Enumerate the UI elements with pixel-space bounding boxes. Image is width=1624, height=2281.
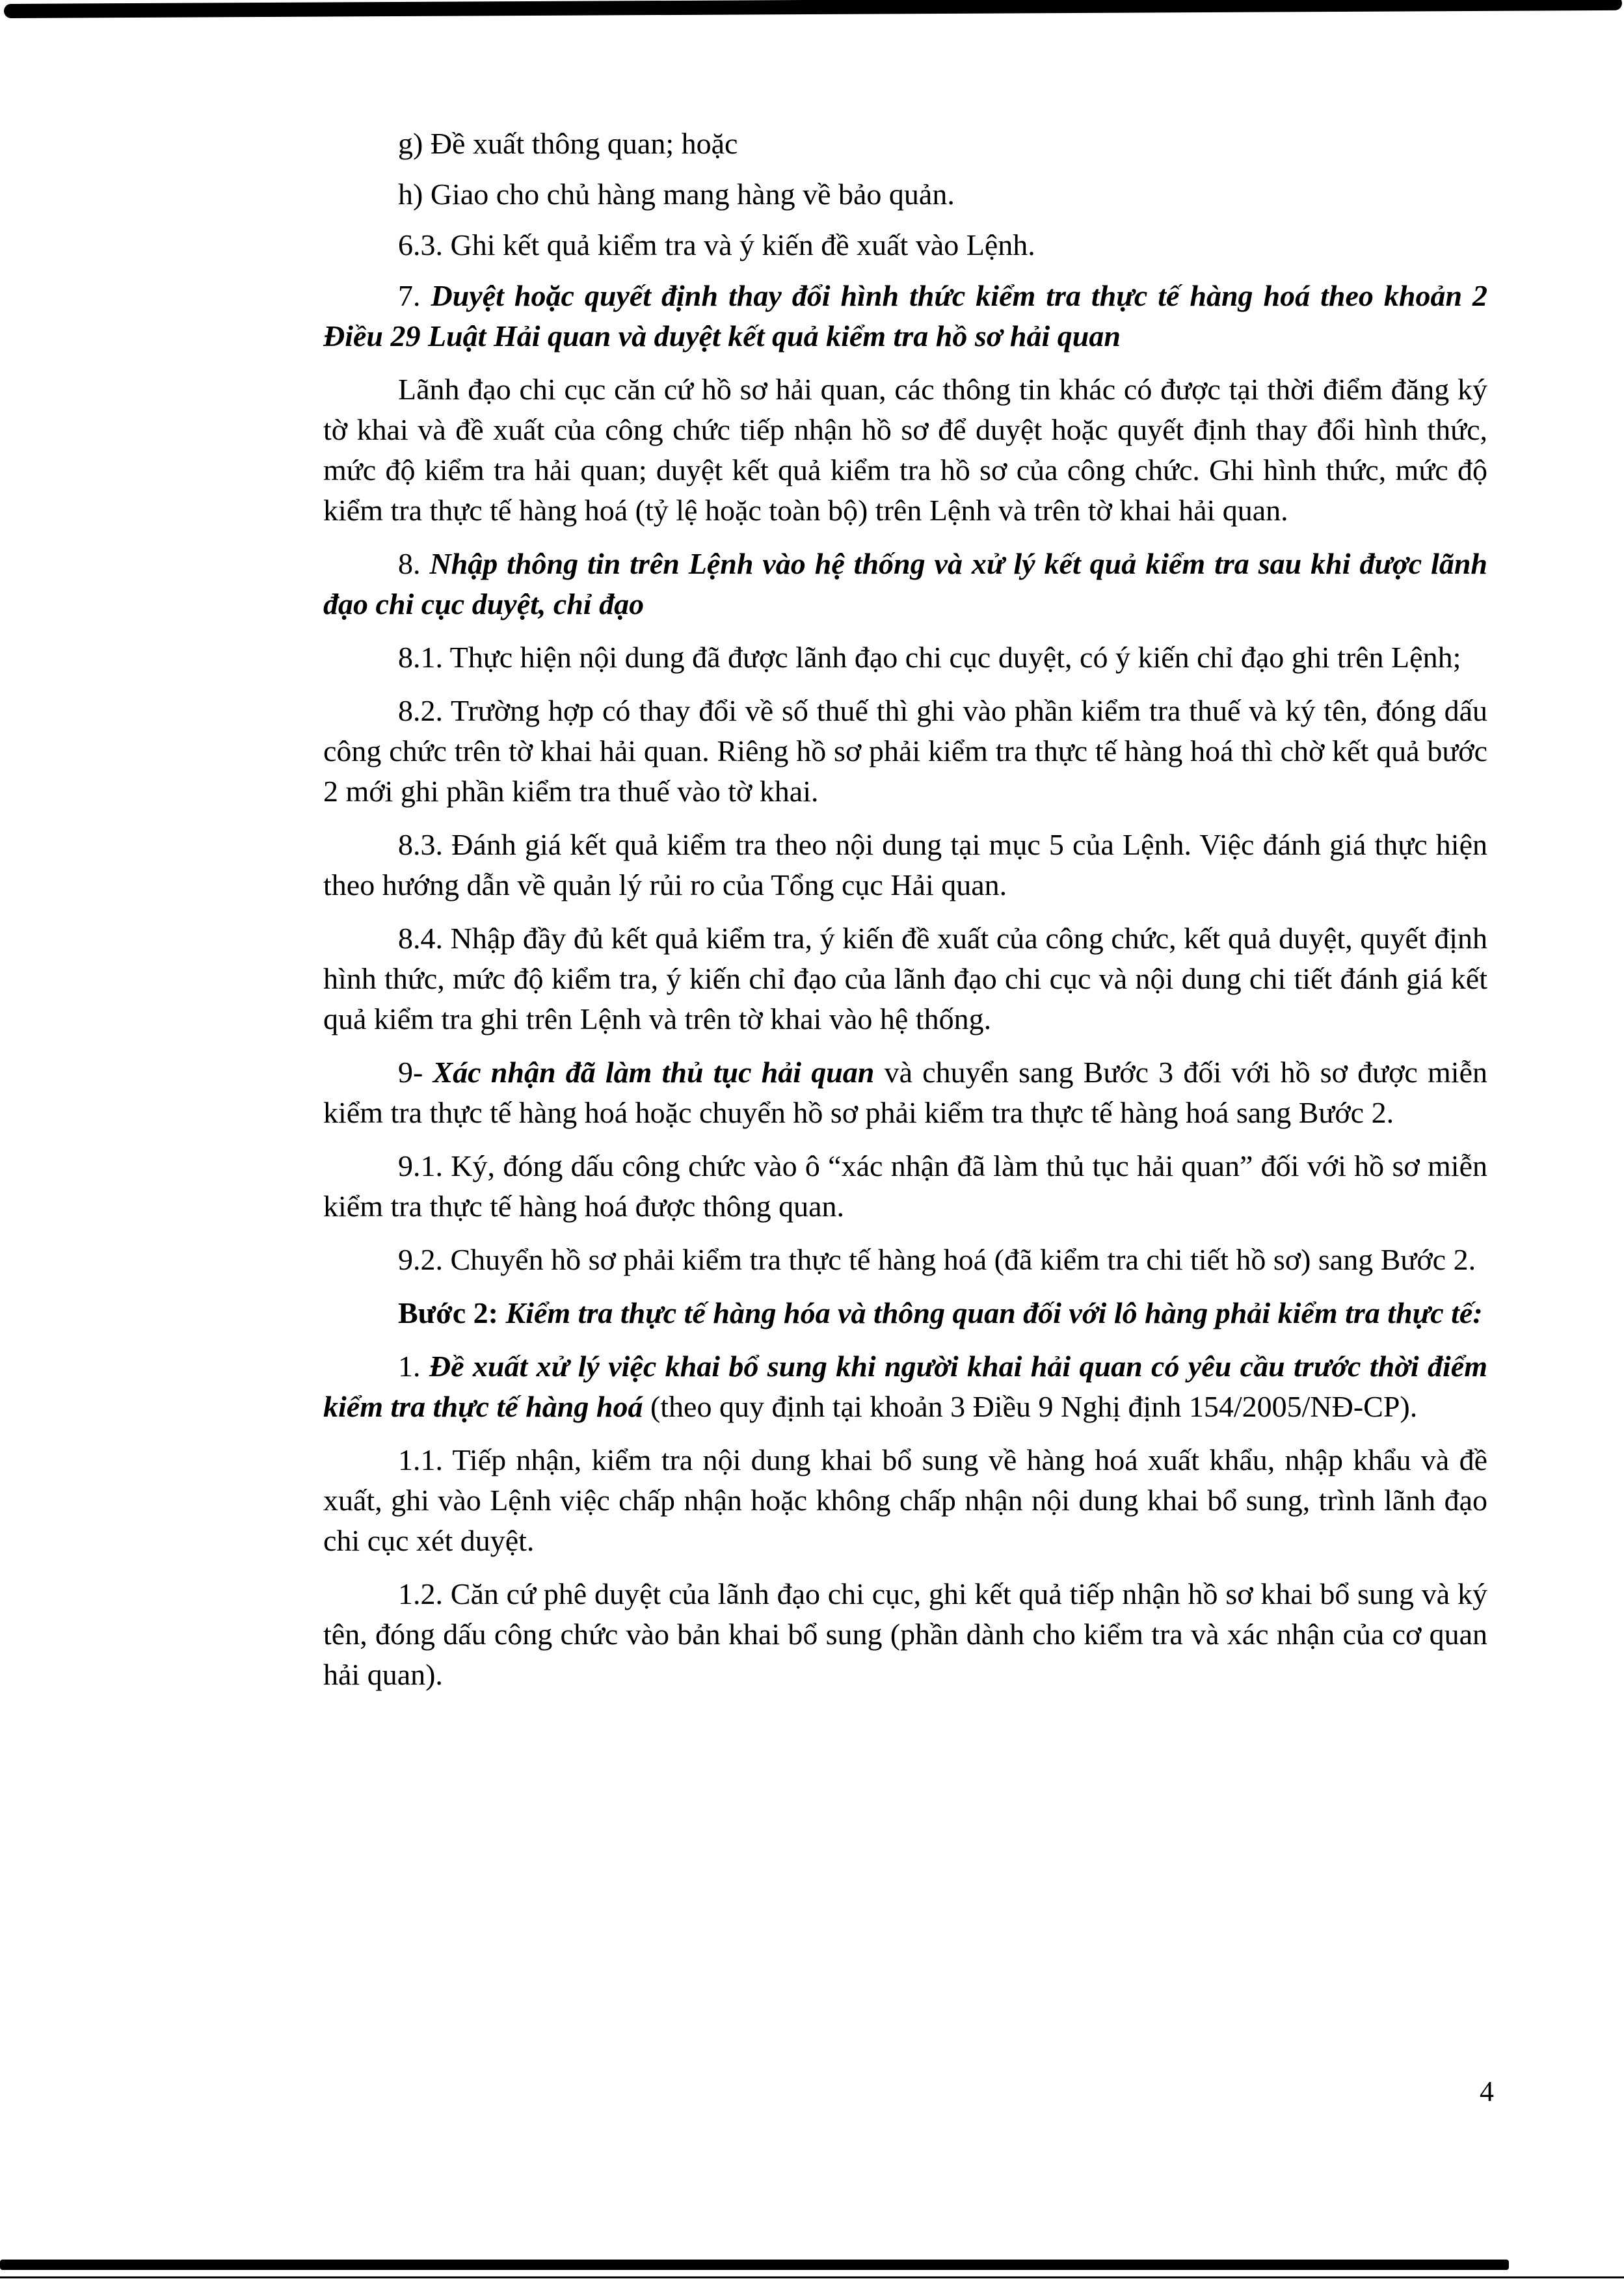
section-9: 9- Xác nhận đã làm thủ tục hải quan và c… <box>323 1052 1487 1133</box>
section-7-title: Duyệt hoặc quyết định thay đổi hình thức… <box>323 279 1487 353</box>
section-8-heading: 8. Nhập thông tin trên Lệnh vào hệ thống… <box>323 544 1487 624</box>
item-9-1: 9.1. Ký, đóng dấu công chức vào ô “xác n… <box>323 1146 1487 1227</box>
step-2-label: Bước 2: <box>398 1296 506 1329</box>
step-2-item-1-number: 1. <box>398 1350 429 1383</box>
item-g: g) Đề xuất thông quan; hoặc <box>323 124 1487 164</box>
item-8-3: 8.3. Đánh giá kết quả kiểm tra theo nội … <box>323 825 1487 905</box>
step-2-heading: Bước 2: Kiểm tra thực tế hàng hóa và thô… <box>323 1293 1487 1333</box>
scan-border-top <box>4 0 1622 18</box>
section-7-number: 7. <box>398 279 431 312</box>
item-8-2: 8.2. Trường hợp có thay đổi về số thuế t… <box>323 691 1487 812</box>
section-9-number: 9- <box>398 1056 433 1089</box>
step-2-item-1-2: 1.2. Căn cứ phê duyệt của lãnh đạo chi c… <box>323 1574 1487 1695</box>
step-2-item-1-body: (theo quy định tại khoản 3 Điều 9 Nghị đ… <box>643 1390 1417 1423</box>
section-8-number: 8. <box>398 547 429 580</box>
item-8-1: 8.1. Thực hiện nội dung đã được lãnh đạo… <box>323 637 1487 678</box>
step-2-item-1: 1. Đề xuất xử lý việc khai bổ sung khi n… <box>323 1346 1487 1427</box>
scan-border-bottom <box>0 2260 1509 2270</box>
document-page: g) Đề xuất thông quan; hoặc h) Giao cho … <box>0 0 1624 2281</box>
section-7-body: Lãnh đạo chi cục căn cứ hồ sơ hải quan, … <box>323 369 1487 531</box>
page-number: 4 <box>1480 2075 1494 2108</box>
section-7-heading: 7. Duyệt hoặc quyết định thay đổi hình t… <box>323 276 1487 356</box>
section-8-title: Nhập thông tin trên Lệnh vào hệ thống và… <box>323 547 1487 620</box>
item-8-4: 8.4. Nhập đầy đủ kết quả kiểm tra, ý kiế… <box>323 918 1487 1039</box>
scan-edge-line <box>0 2276 1624 2278</box>
step-2-item-1-1: 1.1. Tiếp nhận, kiểm tra nội dung khai b… <box>323 1440 1487 1561</box>
document-body: g) Đề xuất thông quan; hoặc h) Giao cho … <box>323 124 1487 1708</box>
section-9-title: Xác nhận đã làm thủ tục hải quan <box>433 1056 875 1089</box>
item-h: h) Giao cho chủ hàng mang hàng về bảo qu… <box>323 174 1487 215</box>
item-9-2: 9.2. Chuyển hồ sơ phải kiểm tra thực tế … <box>323 1240 1487 1280</box>
step-2-title: Kiểm tra thực tế hàng hóa và thông quan … <box>506 1296 1483 1329</box>
item-6-3: 6.3. Ghi kết quả kiểm tra và ý kiến đề x… <box>323 225 1487 265</box>
